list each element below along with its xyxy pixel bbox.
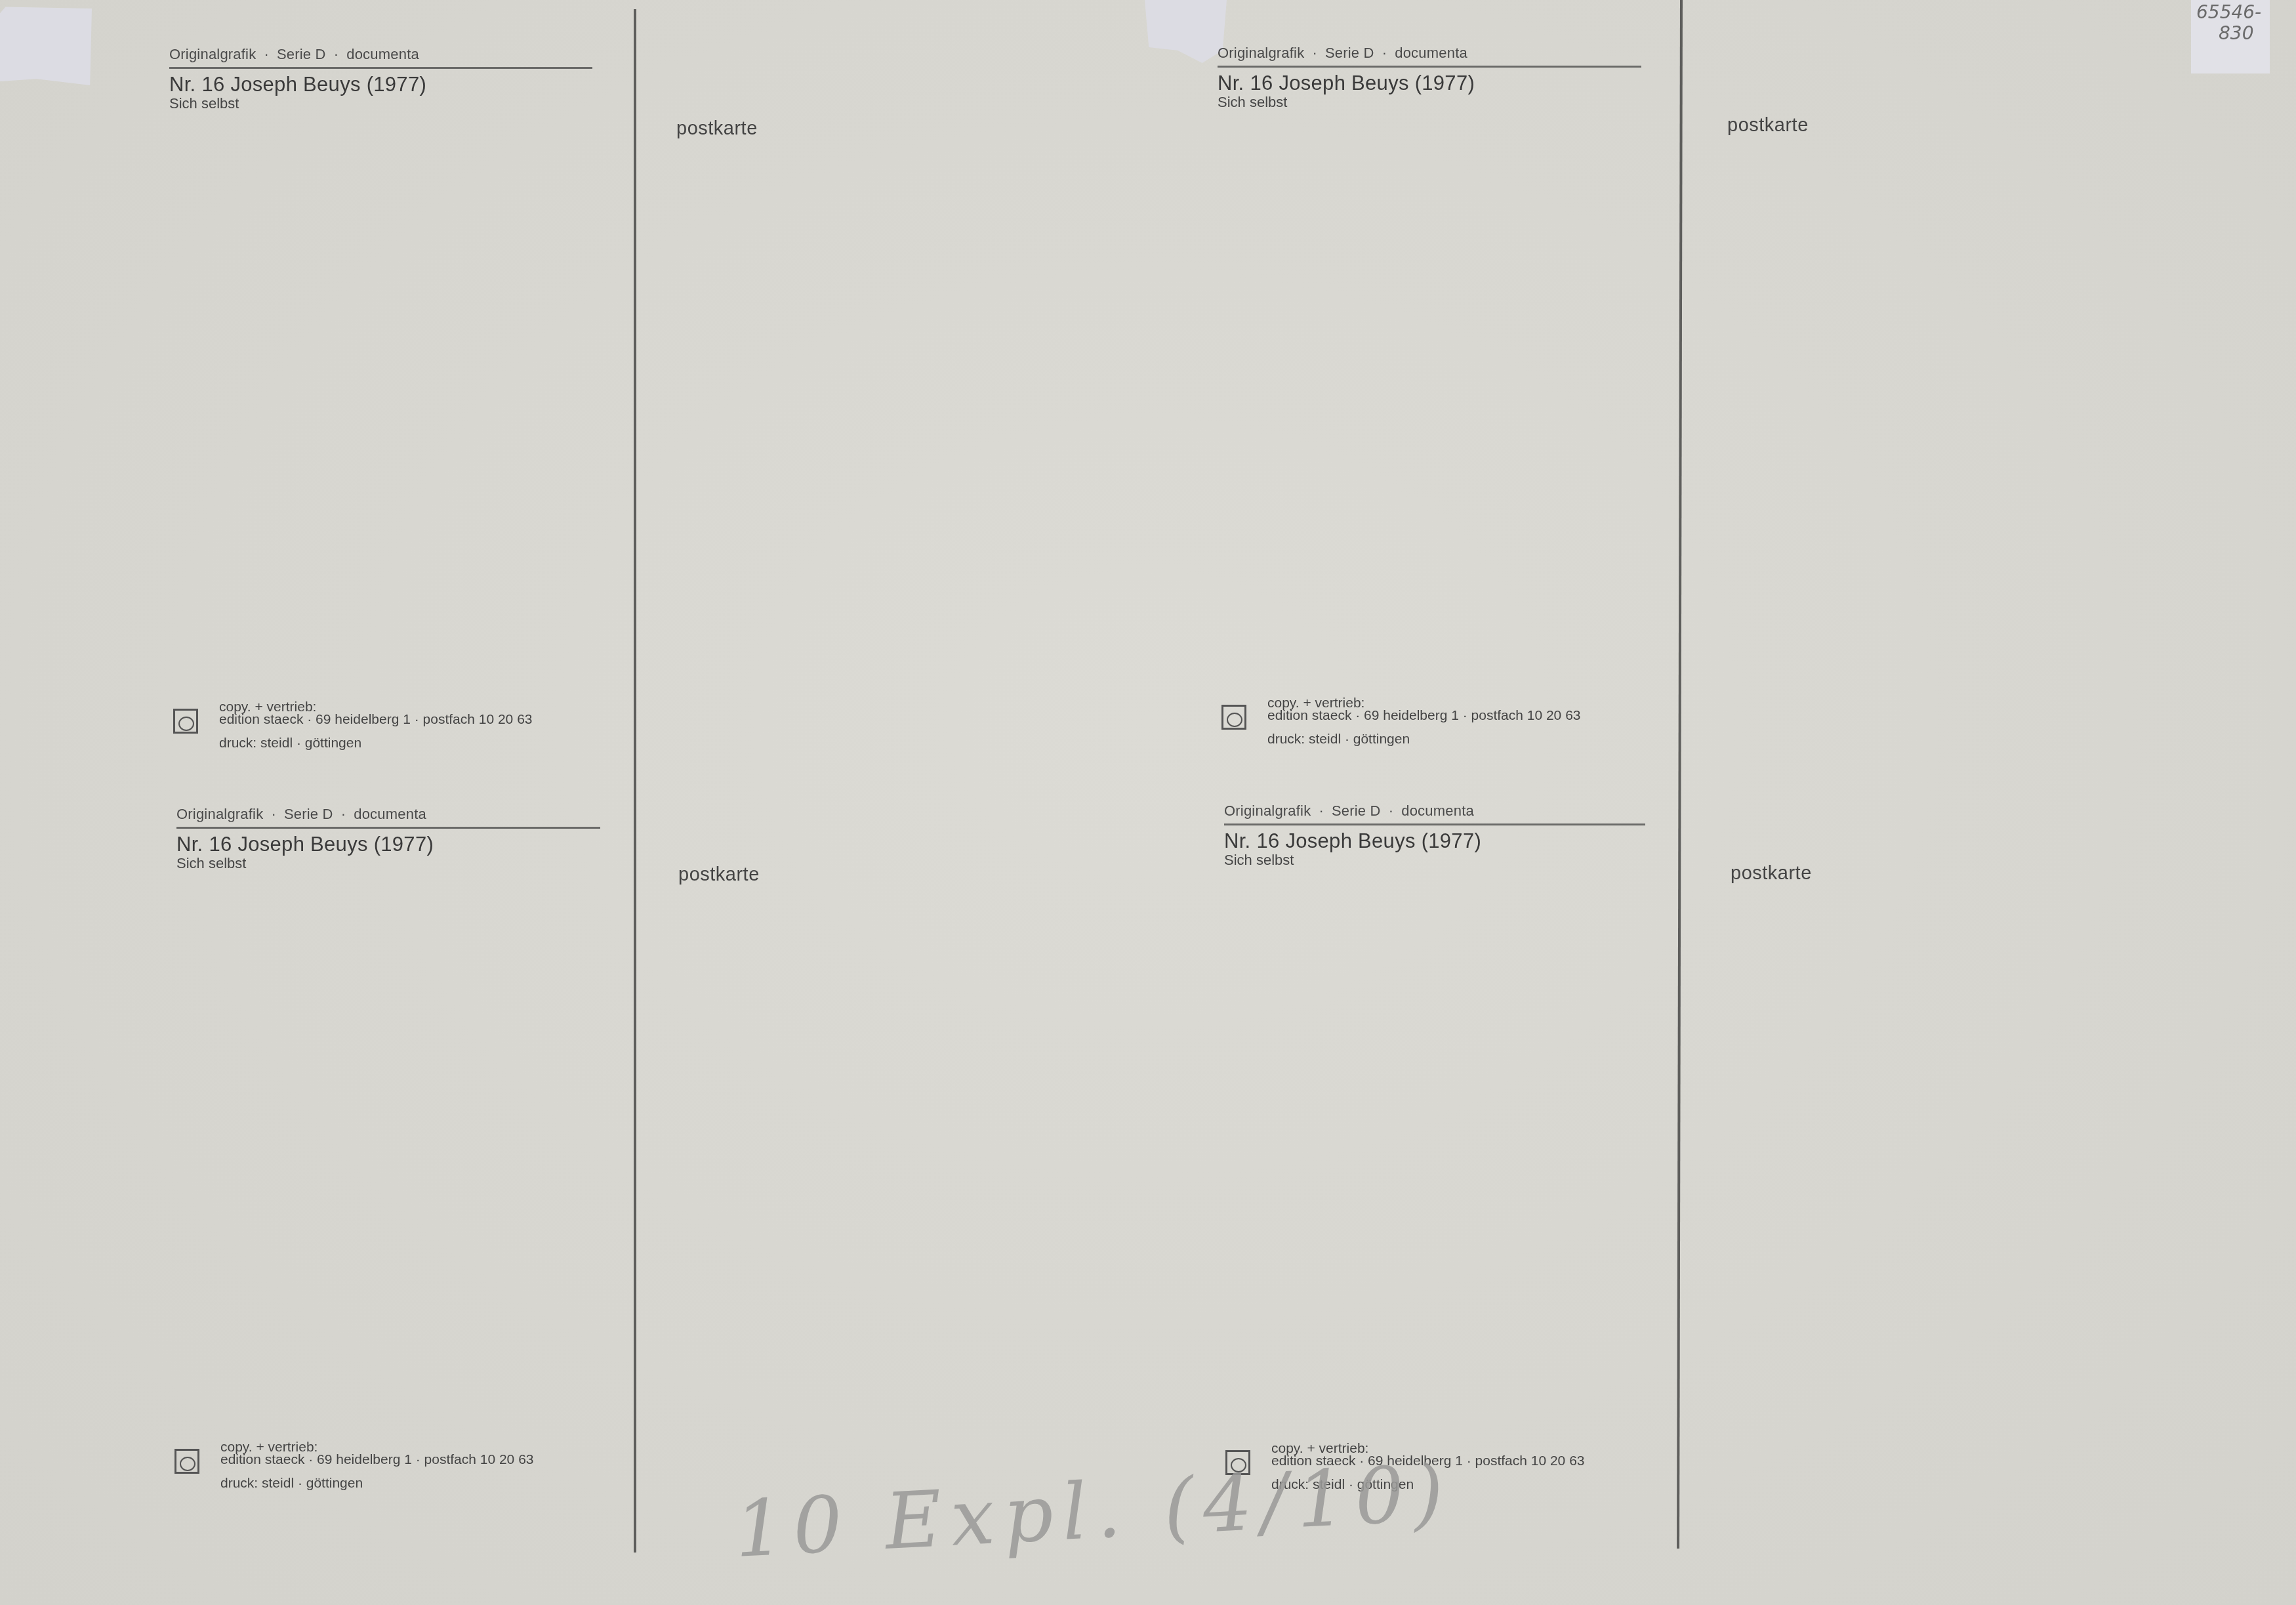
header-rule xyxy=(1224,823,1645,825)
card-title: Nr. 16 Joseph Beuys (1977) xyxy=(169,73,592,96)
paper-background xyxy=(0,0,2296,1605)
header-rule xyxy=(176,827,600,829)
card-header-top-left: Originalgrafik·Serie D·documenta Nr. 16 … xyxy=(169,46,592,112)
edition-staeck-logo-icon xyxy=(173,709,198,734)
inventory-number-line2: 830 xyxy=(2219,22,2253,44)
card-title: Nr. 16 Joseph Beuys (1977) xyxy=(1224,829,1645,853)
series-line: Originalgrafik·Serie D·documenta xyxy=(169,46,592,63)
inventory-label: 65546- 830 xyxy=(2191,0,2270,73)
credit-line-publisher: edition staeck · 69 heidelberg 1 · postf… xyxy=(1267,709,1580,722)
postkarte-label-bottom-right: postkarte xyxy=(1731,863,1812,885)
postkarte-label-top-left: postkarte xyxy=(676,118,758,140)
credit-line-publisher: edition staeck · 69 heidelberg 1 · postf… xyxy=(219,713,532,726)
credit-line-printer: druck: steidl · göttingen xyxy=(1267,733,1580,745)
divider-left xyxy=(634,9,636,1553)
credit-line-publisher: edition staeck · 69 heidelberg 1 · postf… xyxy=(220,1453,533,1466)
credit-block-top-left: copy. + vertrieb: edition staeck · 69 he… xyxy=(173,701,532,749)
card-header-top-right: Originalgrafik·Serie D·documenta Nr. 16 … xyxy=(1218,45,1641,111)
card-subtitle: Sich selbst xyxy=(176,855,600,872)
postkarte-label-bottom-left: postkarte xyxy=(678,864,760,886)
tape-remnant-top-left xyxy=(0,5,92,85)
inventory-number-line1: 65546- xyxy=(2196,1,2261,23)
card-header-bottom-right: Originalgrafik·Serie D·documenta Nr. 16 … xyxy=(1224,802,1645,869)
credit-block-bottom-left: copy. + vertrieb: edition staeck · 69 he… xyxy=(174,1441,533,1490)
card-subtitle: Sich selbst xyxy=(169,95,592,112)
card-subtitle: Sich selbst xyxy=(1224,852,1645,869)
edition-staeck-logo-icon xyxy=(1221,705,1246,730)
card-subtitle: Sich selbst xyxy=(1218,94,1641,111)
series-line: Originalgrafik·Serie D·documenta xyxy=(1218,45,1641,62)
card-header-bottom-left: Originalgrafik·Serie D·documenta Nr. 16 … xyxy=(176,806,600,872)
credit-line-printer: druck: steidl · göttingen xyxy=(219,737,532,749)
credit-line-printer: druck: steidl · göttingen xyxy=(220,1477,533,1490)
series-line: Originalgrafik·Serie D·documenta xyxy=(176,806,600,823)
credit-block-top-right: copy. + vertrieb: edition staeck · 69 he… xyxy=(1221,697,1580,745)
postkarte-label-top-right: postkarte xyxy=(1727,115,1809,136)
header-rule xyxy=(169,67,592,69)
header-rule xyxy=(1218,66,1641,68)
series-line: Originalgrafik·Serie D·documenta xyxy=(1224,802,1645,820)
edition-staeck-logo-icon xyxy=(174,1449,199,1474)
card-title: Nr. 16 Joseph Beuys (1977) xyxy=(176,833,600,856)
card-title: Nr. 16 Joseph Beuys (1977) xyxy=(1218,72,1641,95)
